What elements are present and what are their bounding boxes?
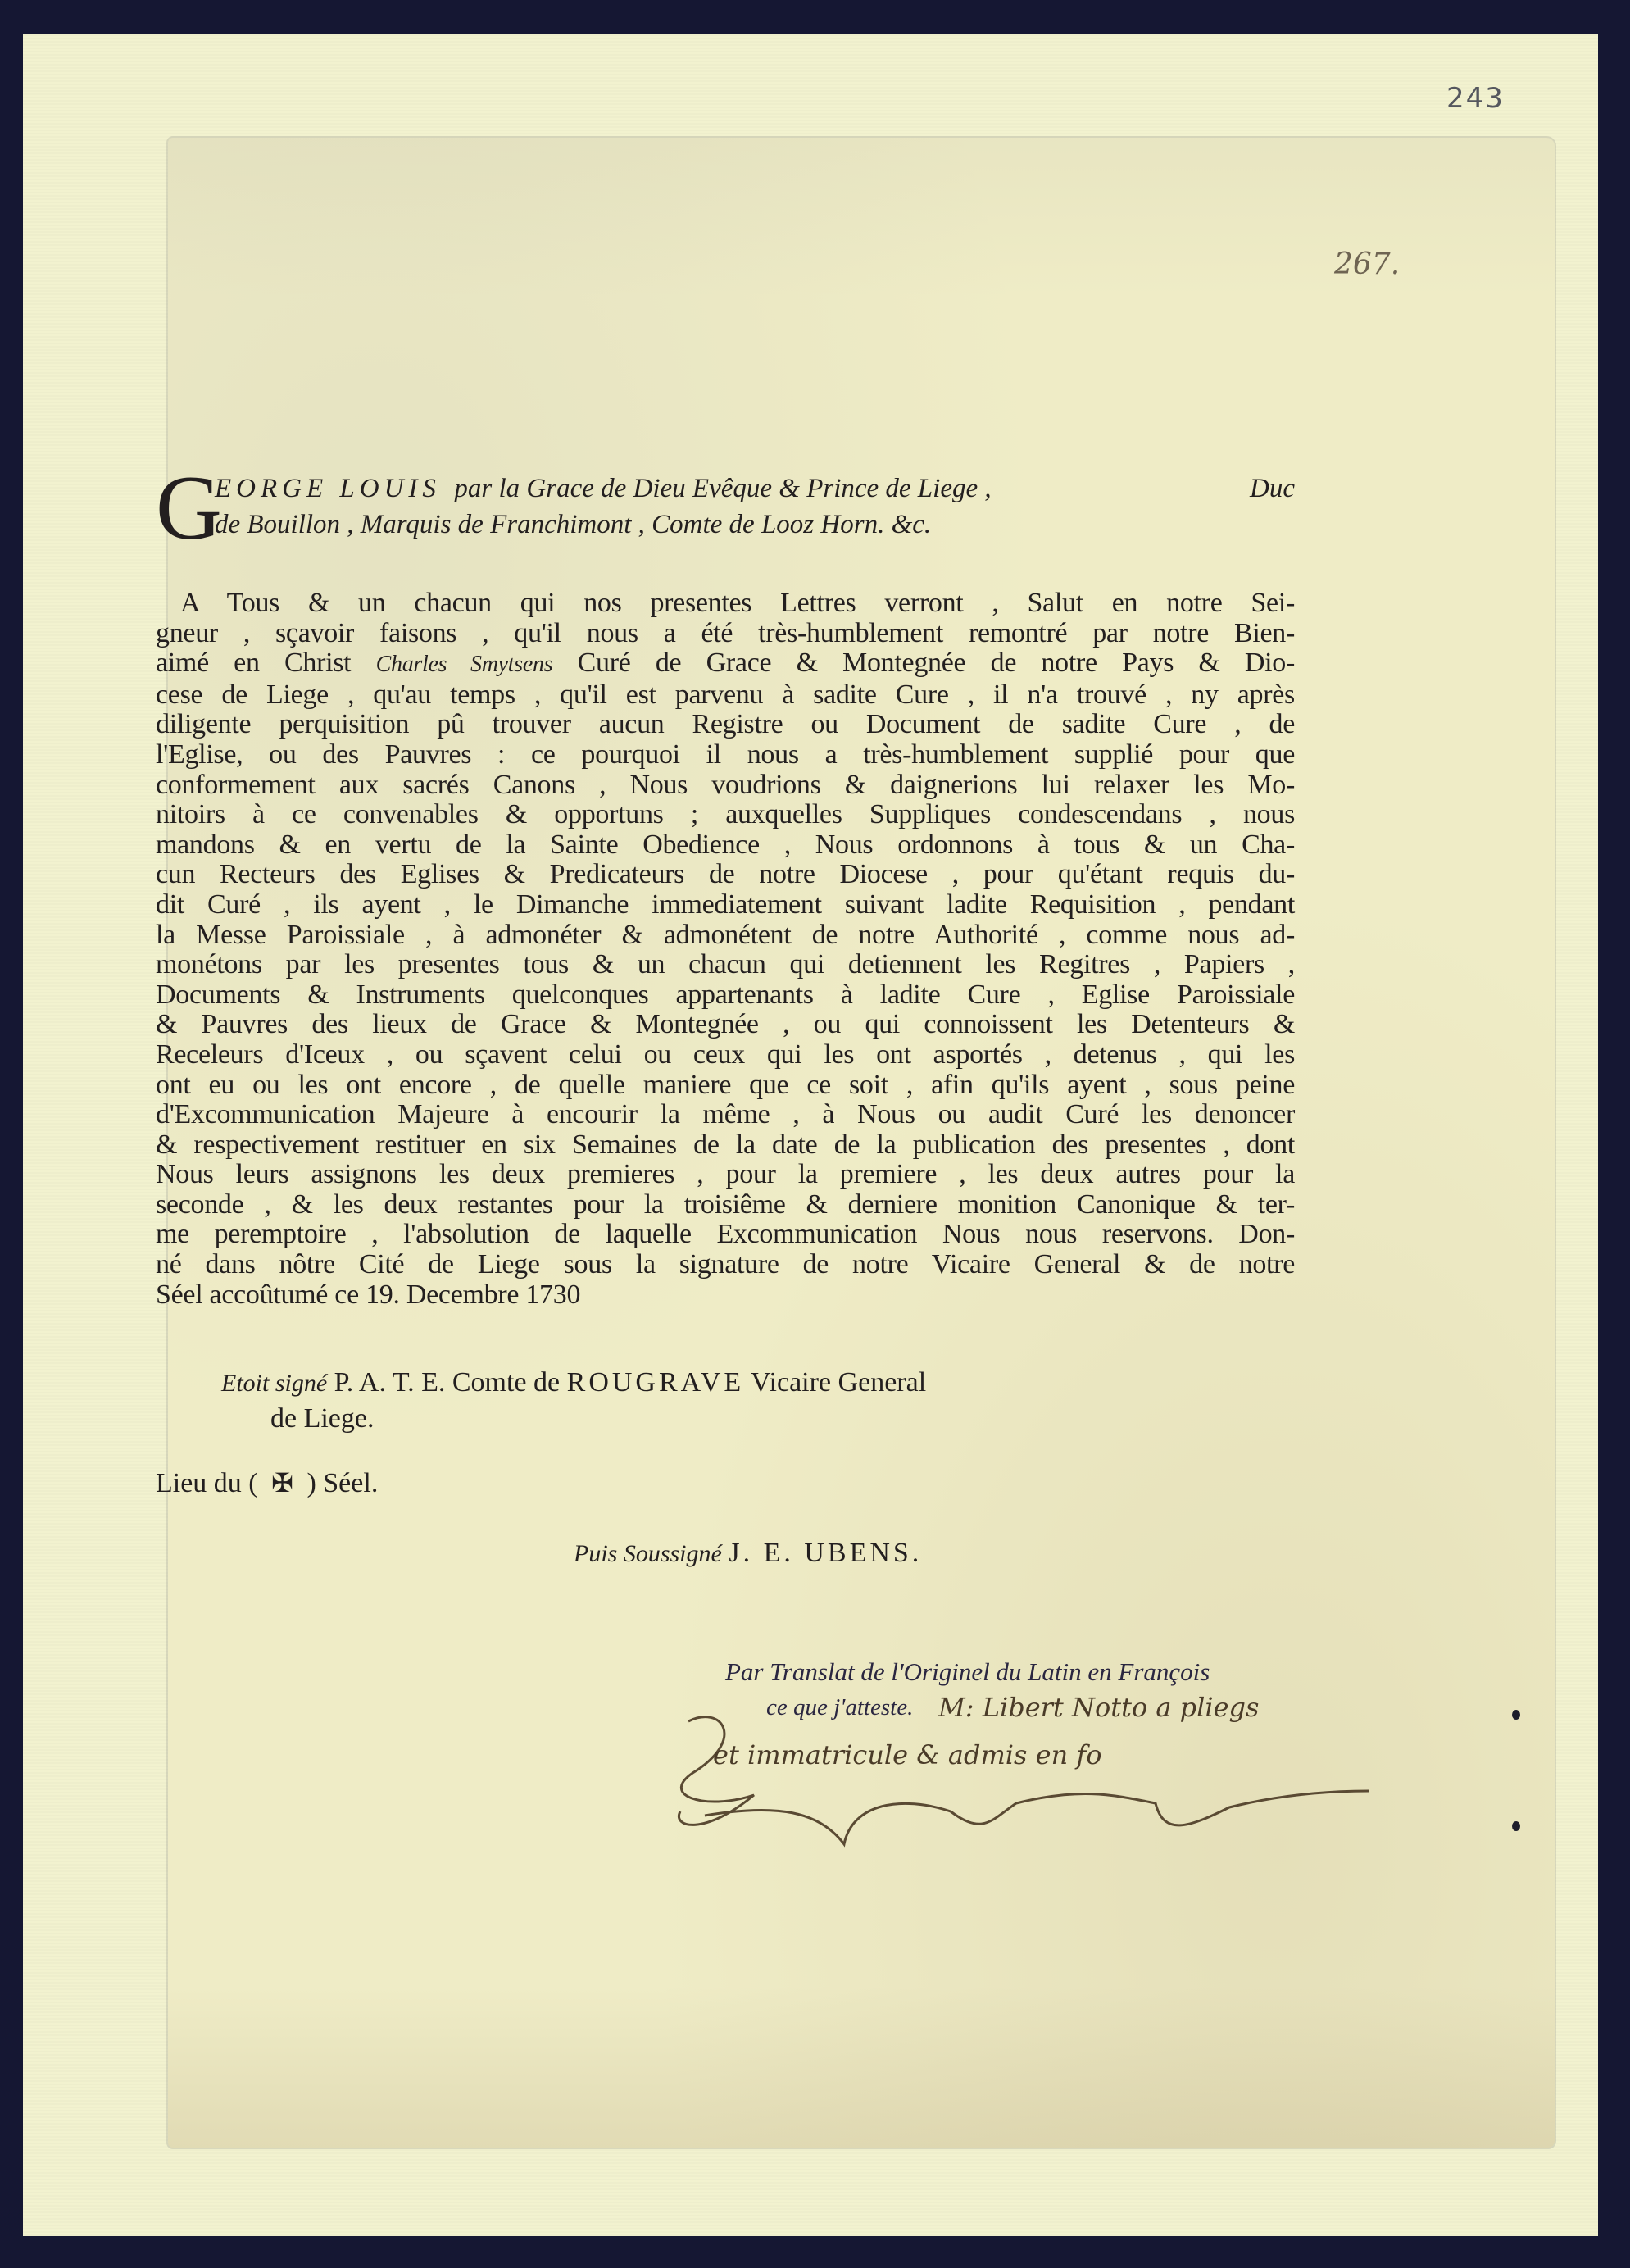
- body-line: cese de Liege , qu'au temps , qu'il est …: [156, 680, 1295, 711]
- archive-number: 243: [1446, 82, 1505, 115]
- countersign-line: Puis Soussigné J. E. UBENS.: [574, 1538, 922, 1569]
- body-line: me peremptoire , l'absolution de laquell…: [156, 1220, 1295, 1250]
- heading-name: EORGE LOUIS: [215, 474, 441, 503]
- body-line: né dans nôtre Cité de Liege sous la sign…: [156, 1250, 1295, 1280]
- maltese-cross-icon: ✠: [271, 1467, 293, 1498]
- handwritten-notary-name: M: Libert Notto a pliegs: [938, 1692, 1259, 1723]
- heading-duc: Duc: [1250, 470, 1295, 507]
- signature-block: Etoit signé P. A. T. E. Comte de ROUGRAV…: [221, 1367, 926, 1398]
- document-body: A Tous & un chacun qui nos presentes Let…: [156, 589, 1295, 1310]
- body-line: Documents & Instruments quelconques appa…: [156, 980, 1295, 1011]
- body-line: gneur , sçavoir faisons , qu'il nous a é…: [156, 619, 1295, 649]
- priest-name: Charles Smytsens: [376, 652, 553, 677]
- signer-title: Vicaire General: [751, 1367, 926, 1398]
- signer-surname: ROUGRAVE: [567, 1367, 745, 1398]
- signer-initials: P. A. T. E. Comte de: [334, 1367, 560, 1398]
- document-heading: G EORGE LOUIS par la Grace de Dieu Evêqu…: [156, 467, 1295, 557]
- body-line: monétons par les presentes tous & un cha…: [156, 950, 1295, 980]
- body-line: seconde , & les deux restantes pour la t…: [156, 1190, 1295, 1220]
- body-line: aimé en Christ Charles Smytsens Curé de …: [156, 648, 1295, 680]
- folio-number: 267.: [1334, 248, 1400, 281]
- body-line-date: Séel accoûtumé ce 19. Decembre 1730: [156, 1280, 1295, 1311]
- body-line: cun Recteurs des Eglises & Predicateurs …: [156, 860, 1295, 890]
- countersign-label: Puis Soussigné: [574, 1540, 722, 1567]
- handwritten-notary-line2: et immatricule & admis en fo: [713, 1739, 1101, 1770]
- body-line: & respectivement restituer en six Semain…: [156, 1130, 1295, 1161]
- body-line: mandons & en vertu de la Sainte Obedienc…: [156, 830, 1295, 861]
- body-line: ont eu ou les ont encore , de quelle man…: [156, 1070, 1295, 1101]
- body-line: l'Eglise, ou des Pauvres : ce pourquoi i…: [156, 740, 1295, 770]
- body-line: diligente perquisition pû trouver aucun …: [156, 710, 1295, 740]
- body-line: d'Excommunication Majeure à encourir la …: [156, 1100, 1295, 1130]
- signature-block-line2: de Liege.: [270, 1403, 375, 1434]
- heading-line2: de Bouillon , Marquis de Franchimont , C…: [215, 507, 1295, 543]
- body-line: la Messe Paroissiale , à admonéter & adm…: [156, 920, 1295, 951]
- ink-dot: [1512, 1821, 1520, 1831]
- etoit-signe: Etoit signé: [221, 1370, 327, 1397]
- body-line: & Pauvres des lieux de Grace & Montegnée…: [156, 1010, 1295, 1040]
- body-line: dit Curé , ils ayent , le Dimanche immed…: [156, 890, 1295, 920]
- body-line: Nous leurs assignons les deux premieres …: [156, 1160, 1295, 1190]
- ink-dot: [1512, 1710, 1520, 1720]
- heading-title: par la Grace de Dieu Evêque & Prince de …: [454, 474, 991, 503]
- body-line: Receleurs d'Iceux , ou sçavent celui ou …: [156, 1040, 1295, 1070]
- dropcap: G: [156, 467, 222, 549]
- seal-line: Lieu du ( ✠ ) Séel.: [156, 1467, 378, 1499]
- countersign-name: J. E. UBENS.: [729, 1538, 922, 1568]
- body-line: conformement aux sacrés Canons , Nous vo…: [156, 770, 1295, 801]
- body-line: nitoirs à ce convenables & opportuns ; a…: [156, 800, 1295, 830]
- body-line: A Tous & un chacun qui nos presentes Let…: [156, 589, 1295, 619]
